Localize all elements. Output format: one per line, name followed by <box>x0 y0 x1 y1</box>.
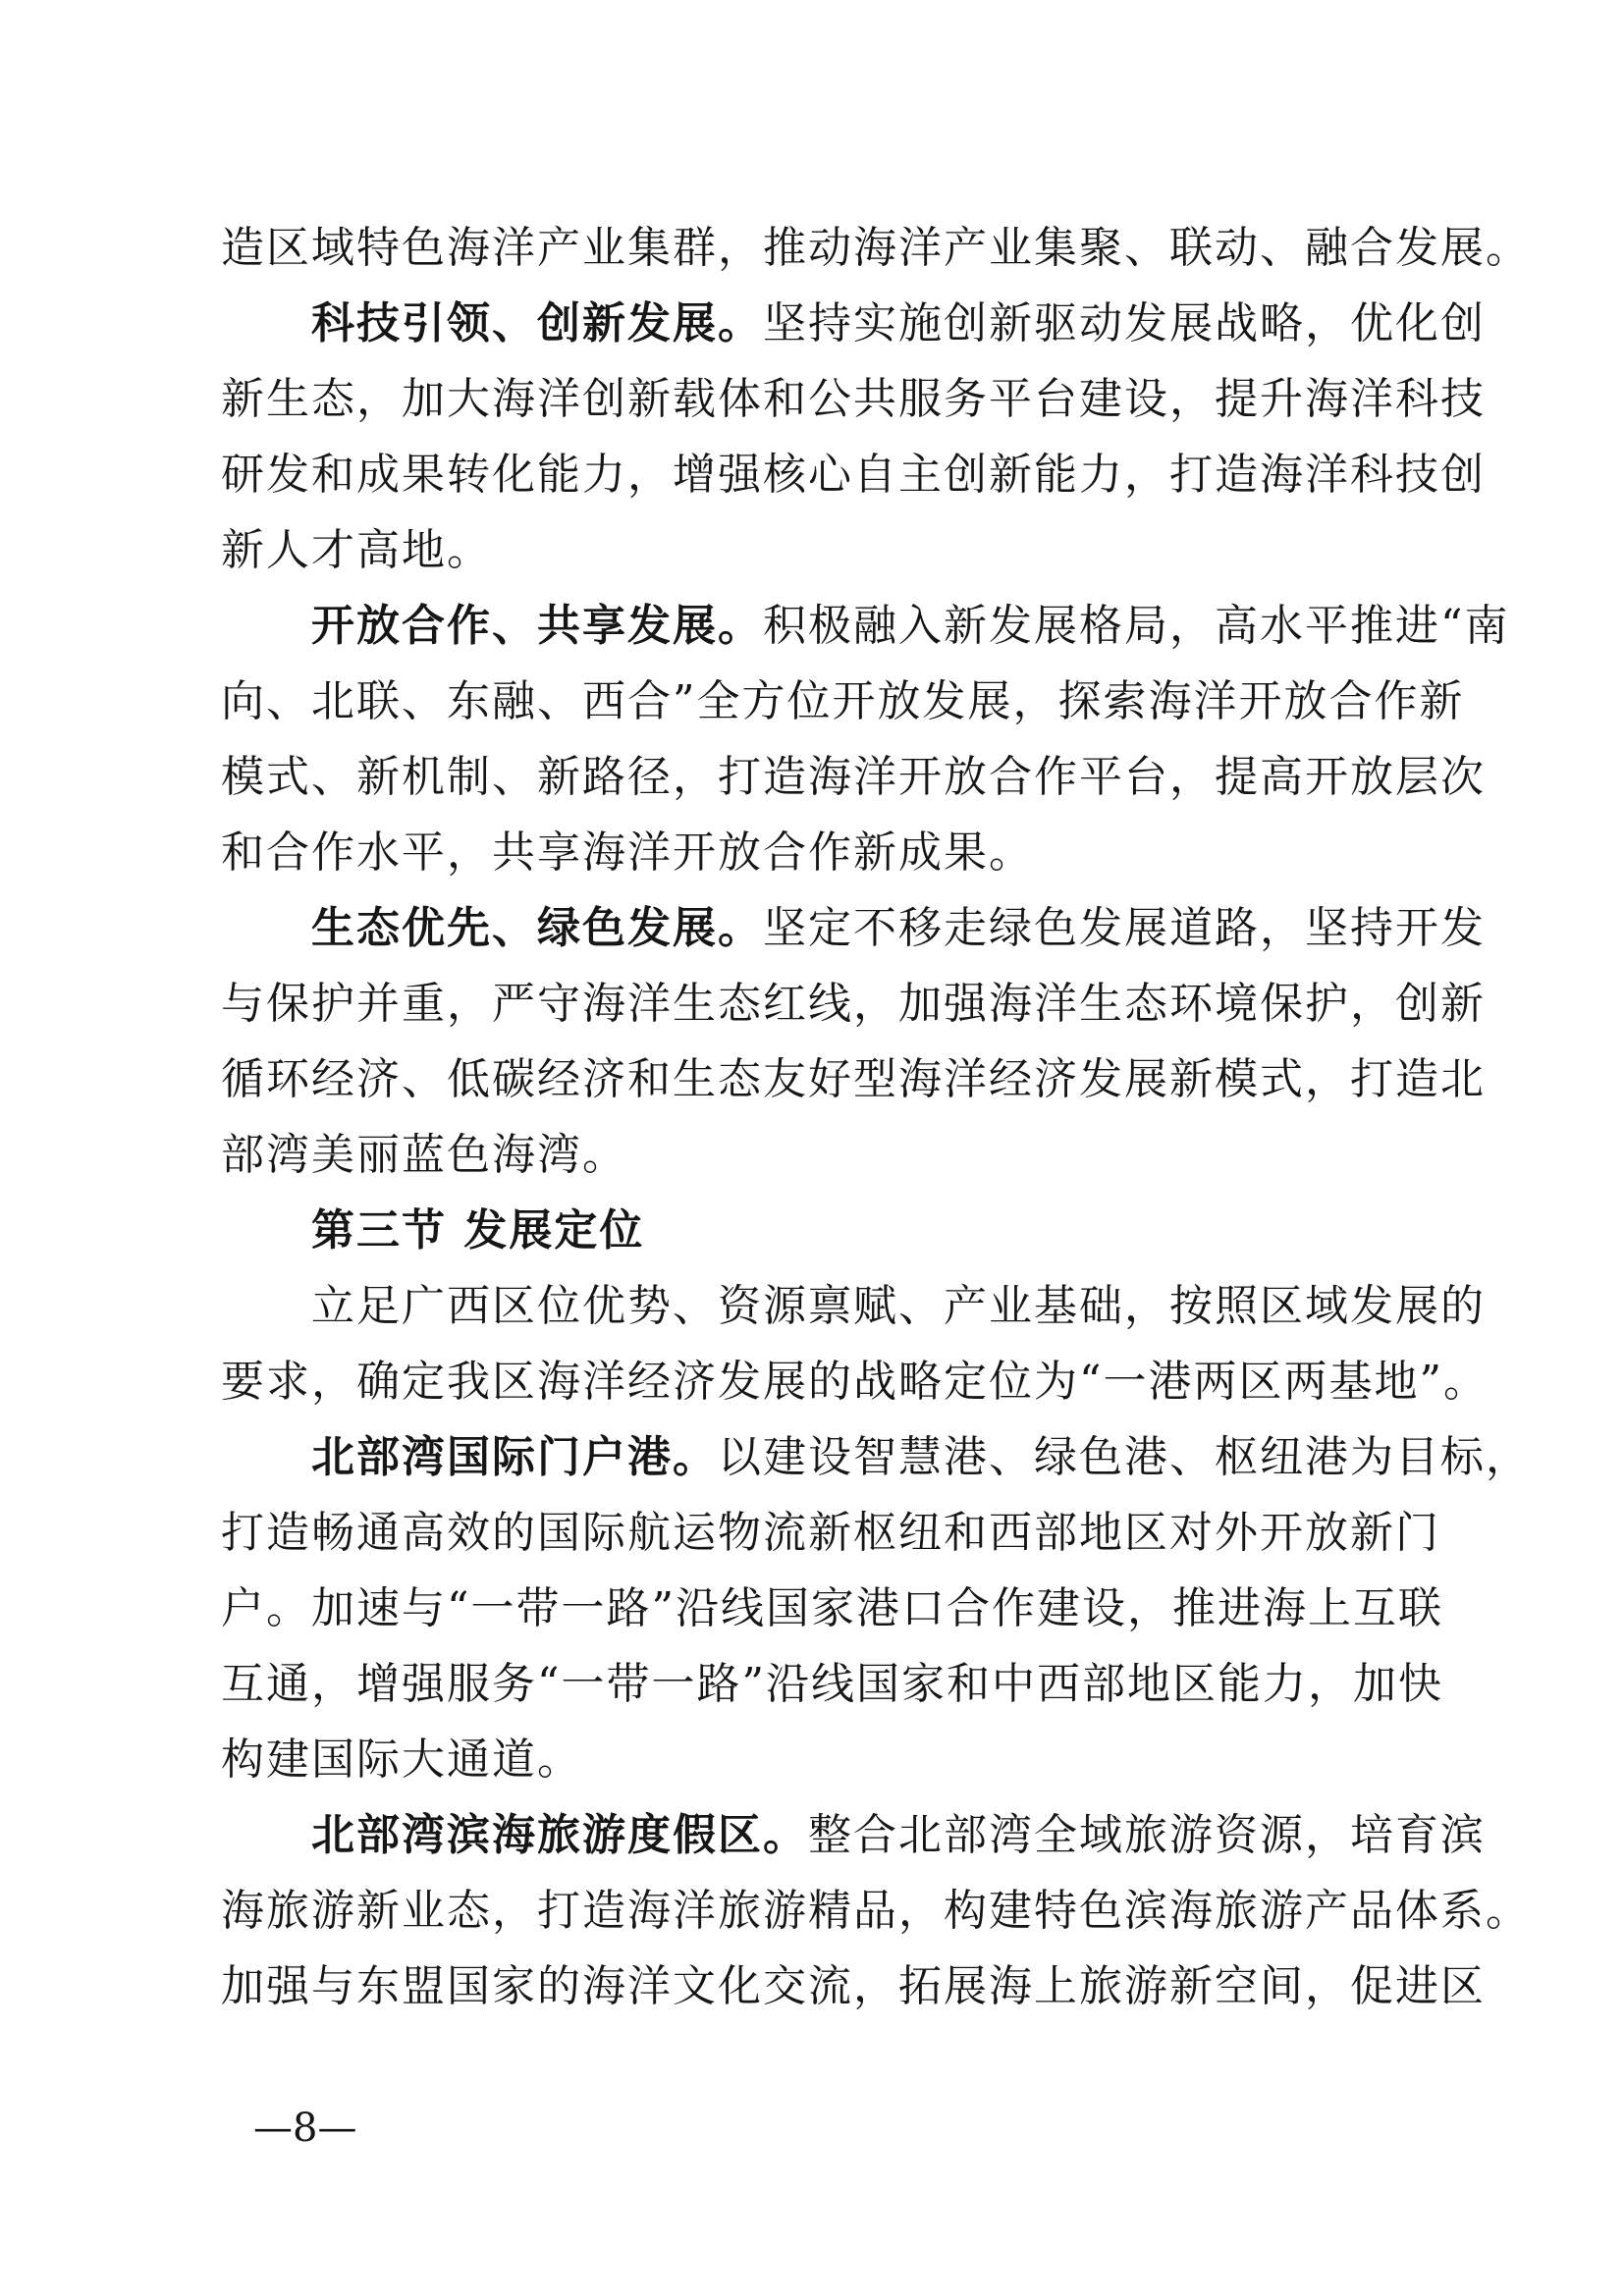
line-text: 要求，确定我区海洋经济发展的战略定位为“一港两区两基地”。 <box>221 1357 1489 1407</box>
text-line: 造区域特色海洋产业集群，推动海洋产业集聚、联动、融合发展。 <box>221 210 1468 286</box>
paragraph-start-line: 开放合作、共享发展。积极融入新发展格局，高水平推进“南 <box>221 588 1468 664</box>
line-text: 模式、新机制、新路径，打造海洋开放合作平台，提高开放层次 <box>221 752 1486 802</box>
text-line: 海旅游新业态，打造海洋旅游精品，构建特色滨海旅游产品体系。 <box>221 1873 1468 1949</box>
paragraph-lead: 科技引领、创新发展。 <box>311 298 763 348</box>
paragraph-start-line: 立足广西区位优势、资源禀赋、产业基础，按照区域发展的 <box>221 1268 1468 1344</box>
line-text: 互通，增强服务“一带一路”沿线国家和中西部地区能力，加快 <box>221 1659 1443 1709</box>
text-line: 构建国际大通道。 <box>221 1722 1468 1797</box>
text-line: 打造畅通高效的国际航运物流新枢纽和西部地区对外开放新门 <box>221 1495 1468 1571</box>
paragraph-lead: 北部湾国际门户港。 <box>311 1432 718 1482</box>
line-text: 打造畅通高效的国际航运物流新枢纽和西部地区对外开放新门 <box>221 1508 1440 1558</box>
line-text: 构建国际大通道。 <box>221 1735 582 1785</box>
text-line: 研发和成果转化能力，增强核心自主创新能力，打造海洋科技创 <box>221 437 1468 512</box>
paragraph-lead: 北部湾滨海旅游度假区。 <box>311 1810 808 1860</box>
line-text: 海旅游新业态，打造海洋旅游精品，构建特色滨海旅游产品体系。 <box>221 1886 1531 1936</box>
line-text: 向、北联、东融、西合”全方位开放发展，探索海洋开放合作新 <box>221 676 1465 726</box>
line-text: 加强与东盟国家的海洋文化交流，拓展海上旅游新空间，促进区 <box>221 1961 1486 2011</box>
text-line: 要求，确定我区海洋经济发展的战略定位为“一港两区两基地”。 <box>221 1344 1468 1419</box>
line-text: 户。加速与“一带一路”沿线国家港口合作建设，推进海上互联 <box>221 1583 1443 1633</box>
line-text: 循环经济、低碳经济和生态友好型海洋经济发展新模式，打造北 <box>221 1054 1486 1104</box>
text-line: 和合作水平，共享海洋开放合作新成果。 <box>221 815 1468 890</box>
line-text: 和合作水平，共享海洋开放合作新成果。 <box>221 828 1034 878</box>
line-text: 以建设智慧港、绿色港、枢纽港为目标， <box>718 1432 1531 1482</box>
line-text: 坚持实施创新驱动发展战略，优化创 <box>763 298 1486 348</box>
text-line: 模式、新机制、新路径，打造海洋开放合作平台，提高开放层次 <box>221 739 1468 815</box>
line-text: 积极融入新发展格局，高水平推进“南 <box>763 601 1510 651</box>
text-line: 加强与东盟国家的海洋文化交流，拓展海上旅游新空间，促进区 <box>221 1949 1468 2024</box>
paragraph-start-line: 北部湾国际门户港。以建设智慧港、绿色港、枢纽港为目标， <box>221 1419 1468 1495</box>
line-text: 研发和成果转化能力，增强核心自主创新能力，打造海洋科技创 <box>221 450 1486 500</box>
text-line: 向、北联、东融、西合”全方位开放发展，探索海洋开放合作新 <box>221 664 1468 739</box>
text-line: 部湾美丽蓝色海湾。 <box>221 1117 1468 1193</box>
paragraph-start-line: 北部湾滨海旅游度假区。整合北部湾全域旅游资源，培育滨 <box>221 1797 1468 1873</box>
line-text: 坚定不移走绿色发展道路，坚持开发 <box>763 903 1486 953</box>
text-line: 互通，增强服务“一带一路”沿线国家和中西部地区能力，加快 <box>221 1646 1468 1722</box>
section-heading-text: 第三节 发展定位 <box>311 1205 644 1255</box>
text-line: 新人才高地。 <box>221 512 1468 588</box>
paragraph-start-line: 生态优先、绿色发展。坚定不移走绿色发展道路，坚持开发 <box>221 890 1468 966</box>
paragraph-lead: 生态优先、绿色发展。 <box>311 903 763 953</box>
text-line: 新生态，加大海洋创新载体和公共服务平台建设，提升海洋科技 <box>221 361 1468 437</box>
line-text: 造区域特色海洋产业集群，推动海洋产业集聚、联动、融合发展。 <box>221 223 1531 273</box>
paragraph-lead: 开放合作、共享发展。 <box>311 601 763 651</box>
text-line: 循环经济、低碳经济和生态友好型海洋经济发展新模式，打造北 <box>221 1041 1468 1117</box>
line-text: 部湾美丽蓝色海湾。 <box>221 1130 627 1180</box>
line-text: 新生态，加大海洋创新载体和公共服务平台建设，提升海洋科技 <box>221 374 1486 424</box>
document-page: 造区域特色海洋产业集群，推动海洋产业集聚、联动、融合发展。 科技引领、创新发展。… <box>0 0 1624 2296</box>
paragraph-start-line: 科技引领、创新发展。坚持实施创新驱动发展战略，优化创 <box>221 286 1468 361</box>
line-text: 与保护并重，严守海洋生态红线，加强海洋生态环境保护，创新 <box>221 979 1486 1029</box>
text-line: 户。加速与“一带一路”沿线国家港口合作建设，推进海上互联 <box>221 1571 1468 1646</box>
document-text-block: 造区域特色海洋产业集群，推动海洋产业集聚、联动、融合发展。 科技引领、创新发展。… <box>221 210 1468 2024</box>
line-text: 新人才高地。 <box>221 525 492 575</box>
page-number: —8— <box>253 2107 356 2150</box>
text-line: 与保护并重，严守海洋生态红线，加强海洋生态环境保护，创新 <box>221 966 1468 1041</box>
line-text: 整合北部湾全域旅游资源，培育滨 <box>808 1810 1486 1860</box>
section-heading: 第三节 发展定位 <box>221 1193 1468 1268</box>
line-text: 立足广西区位优势、资源禀赋、产业基础，按照区域发展的 <box>311 1281 1486 1331</box>
